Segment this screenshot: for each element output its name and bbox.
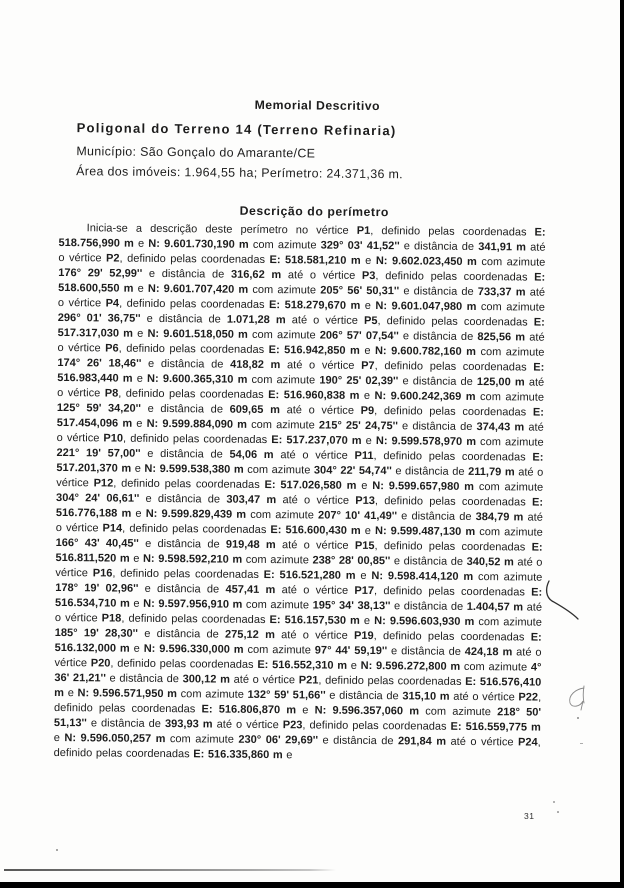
ink-speck <box>553 801 555 803</box>
handwritten-pen-mark <box>545 575 624 755</box>
document-subtitle: Poligonal do Terreno 14 (Terreno Refinar… <box>77 120 547 140</box>
scanned-document-page: Memorial Descritivo Poligonal do Terreno… <box>0 0 624 888</box>
scan-fold-line <box>4 869 336 871</box>
document-content: Memorial Descritivo Poligonal do Terreno… <box>54 90 547 766</box>
ink-speck <box>56 849 58 851</box>
page-title: Memorial Descritivo <box>74 96 561 115</box>
page-number: 31 <box>524 811 534 821</box>
municipality-line: Município: São Gonçalo do Amarante/CE <box>76 144 546 163</box>
perimeter-paragraph: Inicia-se a descrição deste perímetro no… <box>54 221 546 766</box>
ink-speck <box>557 811 559 813</box>
scan-edge-right <box>620 0 624 888</box>
scan-edge-bottom <box>0 882 624 888</box>
area-perimeter-line: Área dos imóveis: 1.964,55 ha; Perímetro… <box>76 164 546 183</box>
section-heading: Descrição do perímetro <box>71 202 558 221</box>
